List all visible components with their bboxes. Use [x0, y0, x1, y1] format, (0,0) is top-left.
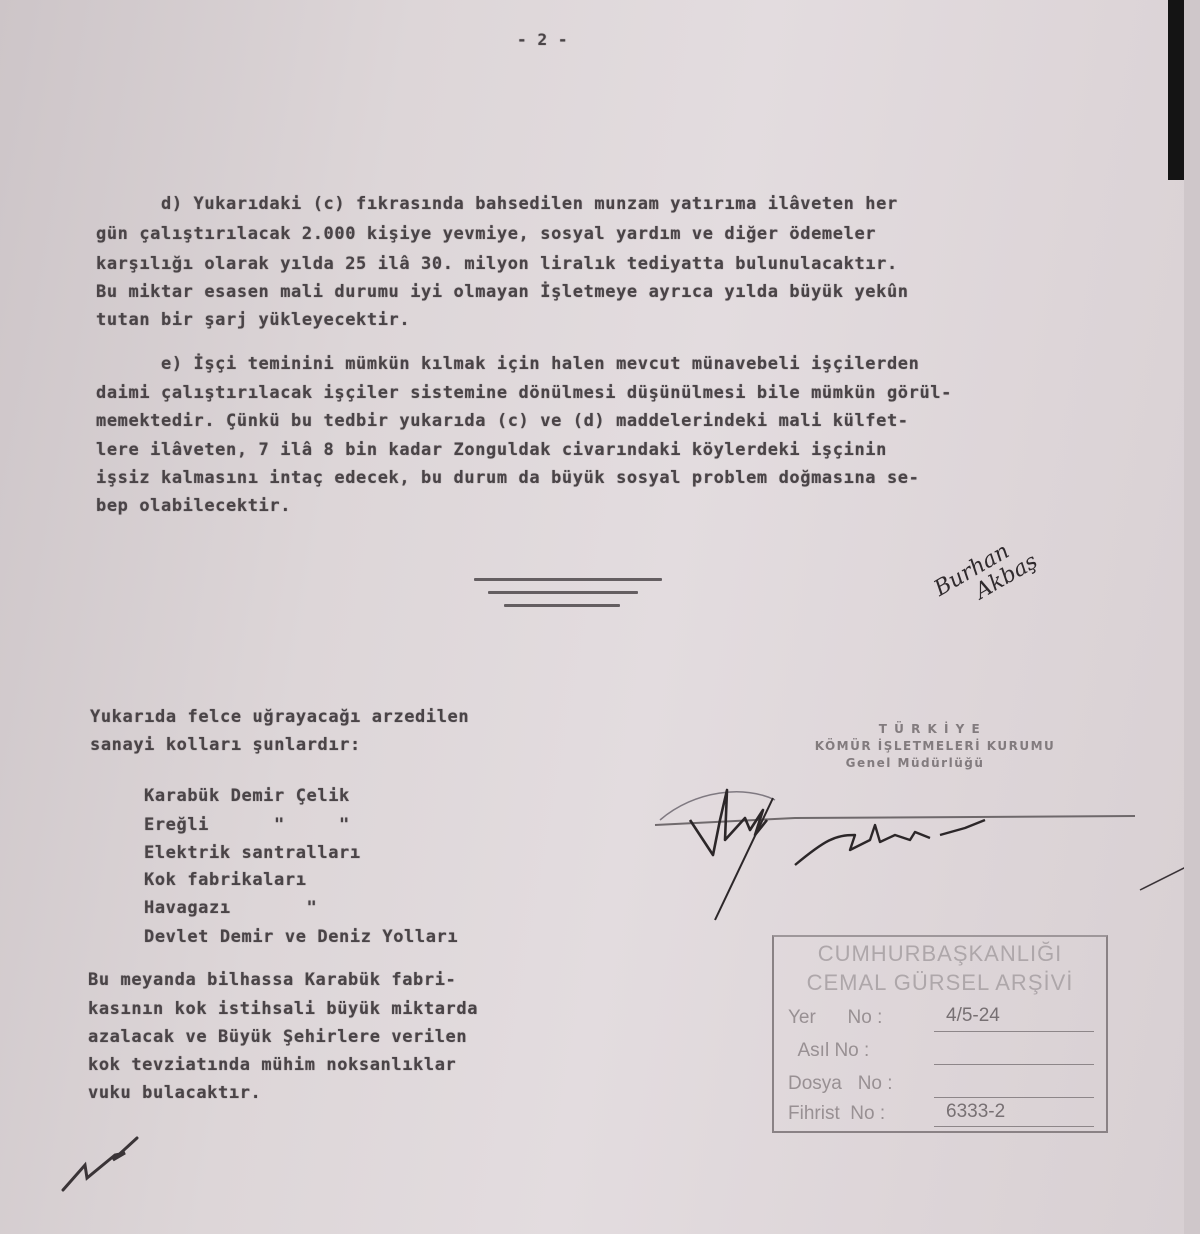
- industries-intro-line: sanayi kolları şunlardır:: [90, 737, 361, 754]
- closing-line: azalacak ve Büyük Şehirlere verilen: [88, 1029, 467, 1046]
- archive-stamp-label: Asıl No :: [788, 1040, 869, 1062]
- paragraph-e-line: memektedir. Çünkü bu tedbir yukarıda (c)…: [96, 413, 909, 430]
- paragraph-e-line: bep olabilecektir.: [96, 498, 291, 515]
- archive-stamp-title: CEMAL GÜRSEL ARŞİVİ: [774, 970, 1106, 996]
- page-number: - 2 -: [517, 32, 568, 48]
- paragraph-d-line: gün çalıştırılacak 2.000 kişiye yevmiye,…: [96, 226, 876, 243]
- handwritten-note: Burhan Akbaş: [930, 529, 1042, 621]
- archive-stamp-label: Dosya No :: [788, 1073, 893, 1095]
- paragraph-e-line: lere ilâveten, 7 ilâ 8 bin kadar Zonguld…: [96, 442, 887, 459]
- closing-line: vuku bulacaktır.: [88, 1085, 261, 1102]
- initials-mark: [55, 1120, 145, 1200]
- section-divider: [504, 604, 620, 607]
- industry-item: Karabük Demir Çelik: [144, 788, 350, 805]
- page-edge-shadow: [1168, 0, 1184, 180]
- paragraph-d-line: tutan bir şarj yükleyecektir.: [96, 312, 410, 329]
- archive-stamp: CUMHURBAŞKANLIĞI CEMAL GÜRSEL ARŞİVİ Yer…: [772, 935, 1108, 1133]
- industry-item: Ereğli " ": [144, 817, 350, 834]
- industries-intro-line: Yukarıda felce uğrayacağı arzedilen: [90, 709, 469, 726]
- paragraph-d-line: Bu miktar esasen mali durumu iyi olmayan…: [96, 284, 909, 301]
- institution-stamp: T Ü R K İ Y E KÖMÜR İŞLETMELERİ KURUMU G…: [770, 722, 1100, 770]
- paragraph-d-line: karşılığı olarak yılda 25 ilâ 30. milyon…: [96, 256, 898, 273]
- section-divider: [474, 578, 662, 581]
- industry-item: Elektrik santralları: [144, 845, 361, 862]
- paragraph-e-line: işsiz kalmasını intaç edecek, bu durum d…: [96, 470, 919, 487]
- archive-stamp-label: Fihrist No :: [788, 1103, 885, 1125]
- archive-stamp-value: 4/5-24: [946, 1005, 1000, 1027]
- archive-stamp-label: Yer No :: [788, 1007, 882, 1029]
- institution-stamp-line: Genel Müdürlüğü: [730, 756, 1100, 770]
- closing-line: kok tevziatında mühim noksanlıklar: [88, 1057, 456, 1074]
- industry-item: Kok fabrikaları: [144, 872, 307, 889]
- archive-stamp-value: 6333-2: [946, 1101, 1005, 1123]
- closing-line: Bu meyanda bilhassa Karabük fabri-: [88, 972, 456, 989]
- section-divider: [488, 591, 638, 594]
- institution-stamp-line: KÖMÜR İŞLETMELERİ KURUMU: [770, 739, 1100, 753]
- industry-item: Havagazı ": [144, 900, 317, 917]
- archive-stamp-title: CUMHURBAŞKANLIĞI: [774, 941, 1106, 967]
- paragraph-d-line: d) Yukarıdaki (c) fıkrasında bahsedilen …: [96, 196, 898, 213]
- paragraph-e-line: e) İşçi teminini mümkün kılmak için hale…: [96, 356, 919, 373]
- signature: [655, 780, 1184, 920]
- closing-line: kasının kok istihsali büyük miktarda: [88, 1001, 478, 1018]
- industry-item: Devlet Demir ve Deniz Yolları: [144, 929, 458, 946]
- paragraph-e-line: daimi çalıştırılacak işçiler sistemine d…: [96, 385, 952, 402]
- document-page: - 2 - d) Yukarıdaki (c) fıkrasında bahse…: [0, 0, 1184, 1234]
- institution-stamp-line: T Ü R K İ Y E: [760, 722, 1100, 736]
